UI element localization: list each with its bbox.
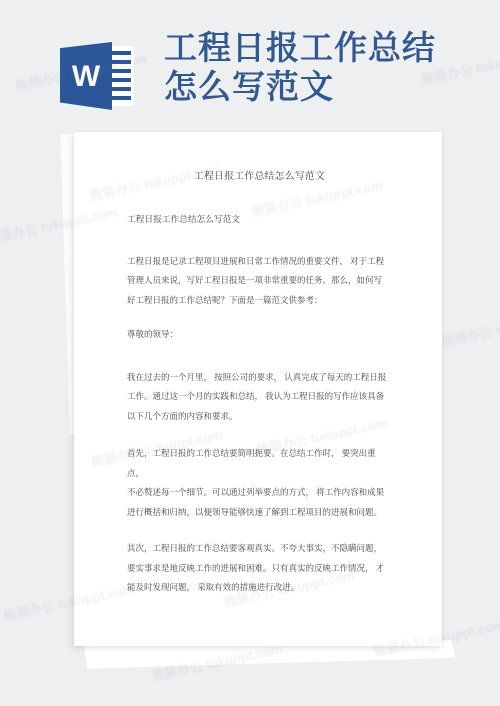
header: W 工程日报工作总结 怎么写范文 [0, 0, 500, 120]
page-title-line1: 工程日报工作总结 [164, 30, 484, 69]
paragraph-body-2: 首先，工程日报的工作总结要简明扼要。在总结工作时， 要突出重点， 不必赘述每一个… [127, 444, 392, 522]
word-icon: W [60, 40, 136, 112]
paragraph-body-1: 我在过去的一个月里， 按照公司的要求， 认真完成了每天的工程日报 工作。通过这一… [127, 368, 392, 427]
document-preview-page: { "header": { "icon": { "name": "word-ic… [0, 0, 500, 706]
document-page: 工程日报工作总结怎么写范文 工程日报工作总结怎么写范文 工程日报是记录工程项目进… [74, 132, 442, 646]
word-icon-letter: W [72, 60, 100, 92]
paragraph-body-3: 其次，工程日报的工作总结要客观真实。不夸大事实，不隐瞒问题， 要实事求是地反映工… [127, 539, 392, 598]
paragraph-intro: 工程日报是记录工程项目进展和日常工作情况的重要文件， 对于工程 管理人员来说，写… [127, 252, 392, 311]
word-icon-panel: W [60, 42, 112, 110]
paragraph-greeting: 尊敬的领导： [127, 325, 392, 345]
watermark-text: 熊猫办公 tukuppt.com [439, 304, 500, 350]
document-content: 工程日报工作总结怎么写范文 工程日报工作总结怎么写范文 工程日报是记录工程项目进… [127, 170, 392, 598]
document-subtitle: 工程日报工作总结怎么写范文 [127, 210, 392, 230]
document-title: 工程日报工作总结怎么写范文 [127, 170, 392, 184]
page-title: 工程日报工作总结 怎么写范文 [164, 30, 484, 108]
page-title-line2: 怎么写范文 [164, 69, 484, 108]
